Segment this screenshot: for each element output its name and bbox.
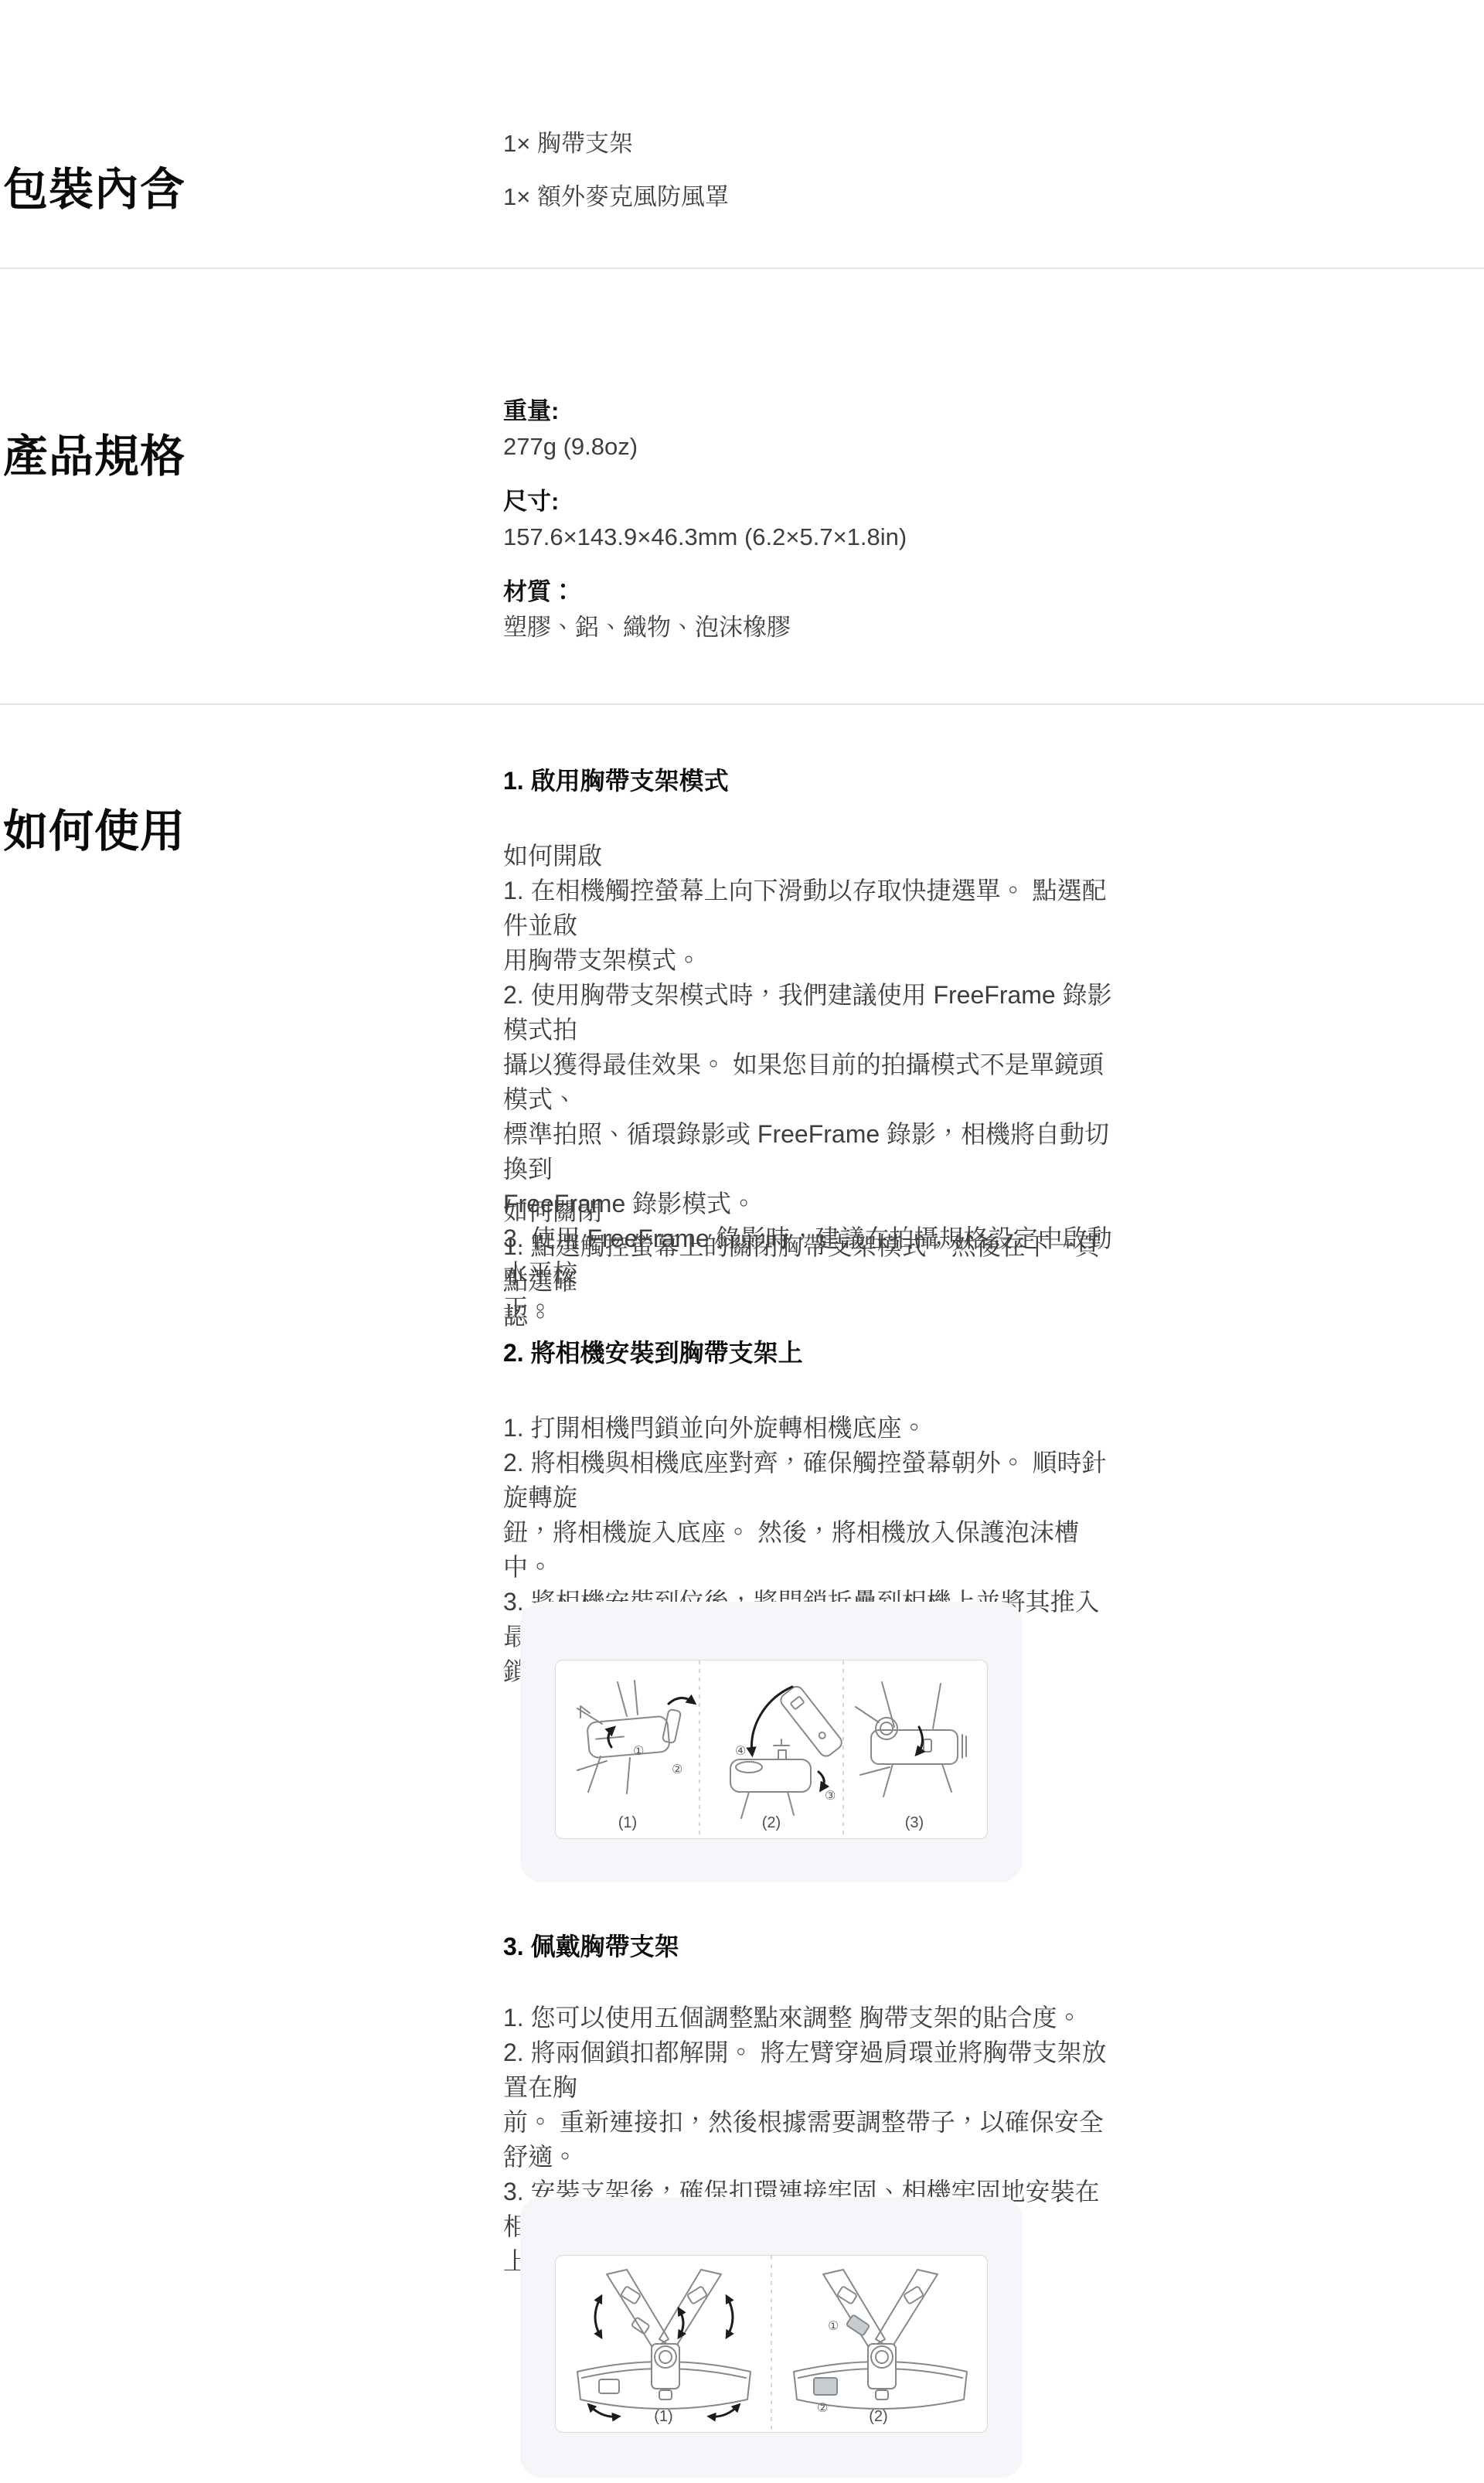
product-specs-title: 產品規格 bbox=[3, 431, 185, 482]
buckle-highlights bbox=[814, 2314, 870, 2395]
package-contents-list: 1× 胸帶支架 1× 額外麥克風防風罩 bbox=[503, 128, 1122, 235]
step3-heading: 3. 佩戴胸帶支架 bbox=[503, 1930, 1122, 1964]
product-specs-list: 重量: 277g (9.8oz) 尺寸: 157.6×143.9×46.3mm … bbox=[503, 393, 1122, 665]
spec-row-weight: 重量: 277g (9.8oz) bbox=[503, 393, 1122, 465]
harness-sketch bbox=[577, 2270, 751, 2409]
annotation-1: ① bbox=[633, 1745, 644, 1758]
wear-harness-figure-panel: ① ② (1) (2) bbox=[555, 2255, 988, 2433]
section-divider bbox=[0, 703, 1484, 705]
mount-camera-figure-panel: ① ② ④ ③ bbox=[555, 1660, 988, 1839]
spec-row-dimensions: 尺寸: 157.6×143.9×46.3mm (6.2×5.7×1.8in) bbox=[503, 484, 1122, 555]
spec-label: 材質： bbox=[503, 574, 1122, 610]
annotation-2: ② bbox=[672, 1763, 682, 1776]
figure-step-label: (1) bbox=[556, 2408, 771, 2426]
open-latch-sketch bbox=[577, 1681, 681, 1793]
package-contents-title: 包裝內含 bbox=[3, 165, 185, 216]
section-divider bbox=[0, 267, 1484, 269]
spec-row-materials: 材質： 塑膠、鋁、織物、泡沫橡膠 bbox=[503, 574, 1122, 645]
package-item: 1× 胸帶支架 bbox=[503, 128, 1122, 159]
figure-step-label: (3) bbox=[843, 1814, 985, 1832]
spec-value: 塑膠、鋁、織物、泡沫橡膠 bbox=[503, 610, 1122, 645]
spec-label: 尺寸: bbox=[503, 484, 1122, 519]
camera-mount-steps-illustration: ① ② ④ ③ bbox=[556, 1660, 985, 1837]
figure-step-label: (2) bbox=[699, 1814, 843, 1832]
annotation-4: ④ bbox=[735, 1745, 746, 1758]
wear-harness-figure-card: ① ② (1) (2) bbox=[520, 2197, 1023, 2478]
disable-mode-paragraph: 如何關閉 1. 點選觸控螢幕上的關閉胸帶支架模式，然後在下一頁點選確 認。 bbox=[503, 1194, 1122, 1333]
mount-camera-figure-card: ① ② ④ ③ bbox=[520, 1602, 1023, 1882]
spec-label: 重量: bbox=[503, 393, 1122, 429]
spec-value: 277g (9.8oz) bbox=[503, 429, 1122, 465]
how-to-use-title: 如何使用 bbox=[3, 806, 185, 857]
harness-adjustment-illustration: ① ② bbox=[556, 2256, 985, 2430]
figure-step-label: (2) bbox=[771, 2408, 985, 2426]
lock-latch-sketch bbox=[856, 1682, 966, 1797]
package-item: 1× 額外麥克風防風罩 bbox=[503, 182, 1122, 213]
step1-heading: 1. 啟用胸帶支架模式 bbox=[503, 764, 1122, 799]
figure-step-label: (1) bbox=[556, 1814, 699, 1832]
spec-value: 157.6×143.9×46.3mm (6.2×5.7×1.8in) bbox=[503, 519, 1122, 555]
annotation-3: ③ bbox=[825, 1790, 836, 1803]
step2-heading: 2. 將相機安裝到胸帶支架上 bbox=[503, 1336, 1122, 1371]
annotation-1: ① bbox=[828, 2320, 839, 2333]
